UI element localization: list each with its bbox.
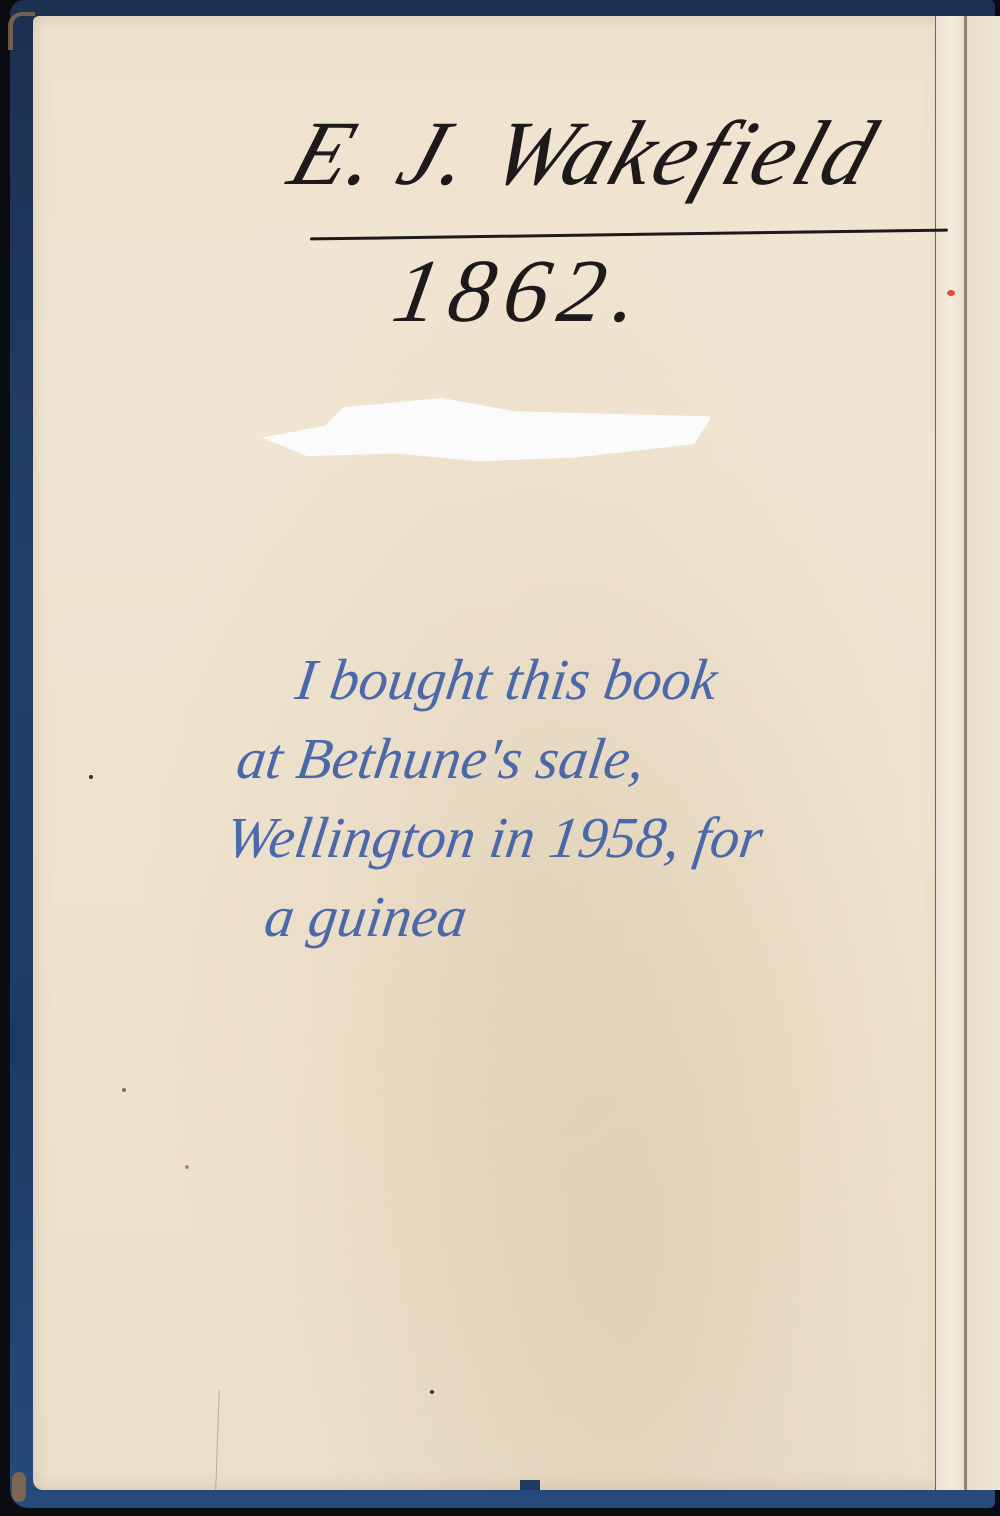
note-line: Wellington in 1958, for bbox=[221, 798, 792, 877]
note-line: I bought this book bbox=[243, 640, 814, 719]
paper-speck bbox=[89, 775, 93, 779]
facing-page-edge bbox=[968, 16, 1000, 1490]
signature-year: 1862. bbox=[386, 240, 657, 343]
handwritten-provenance-note: I bought this book at Bethune's sale, We… bbox=[210, 640, 814, 956]
note-line: a guinea bbox=[210, 877, 781, 956]
paper-speck bbox=[185, 1165, 189, 1169]
note-line: at Bethune's sale, bbox=[232, 719, 803, 798]
cover-corner-wear bbox=[12, 1472, 26, 1502]
cover-corner-wear bbox=[8, 12, 35, 50]
paper-speck bbox=[122, 1088, 126, 1092]
page-tear bbox=[520, 1480, 540, 1490]
signature-name: E. J. Wakefield bbox=[278, 100, 891, 206]
red-ink-mark bbox=[947, 290, 955, 296]
paper-speck bbox=[430, 1390, 434, 1394]
gutter-fold-line bbox=[964, 16, 967, 1490]
